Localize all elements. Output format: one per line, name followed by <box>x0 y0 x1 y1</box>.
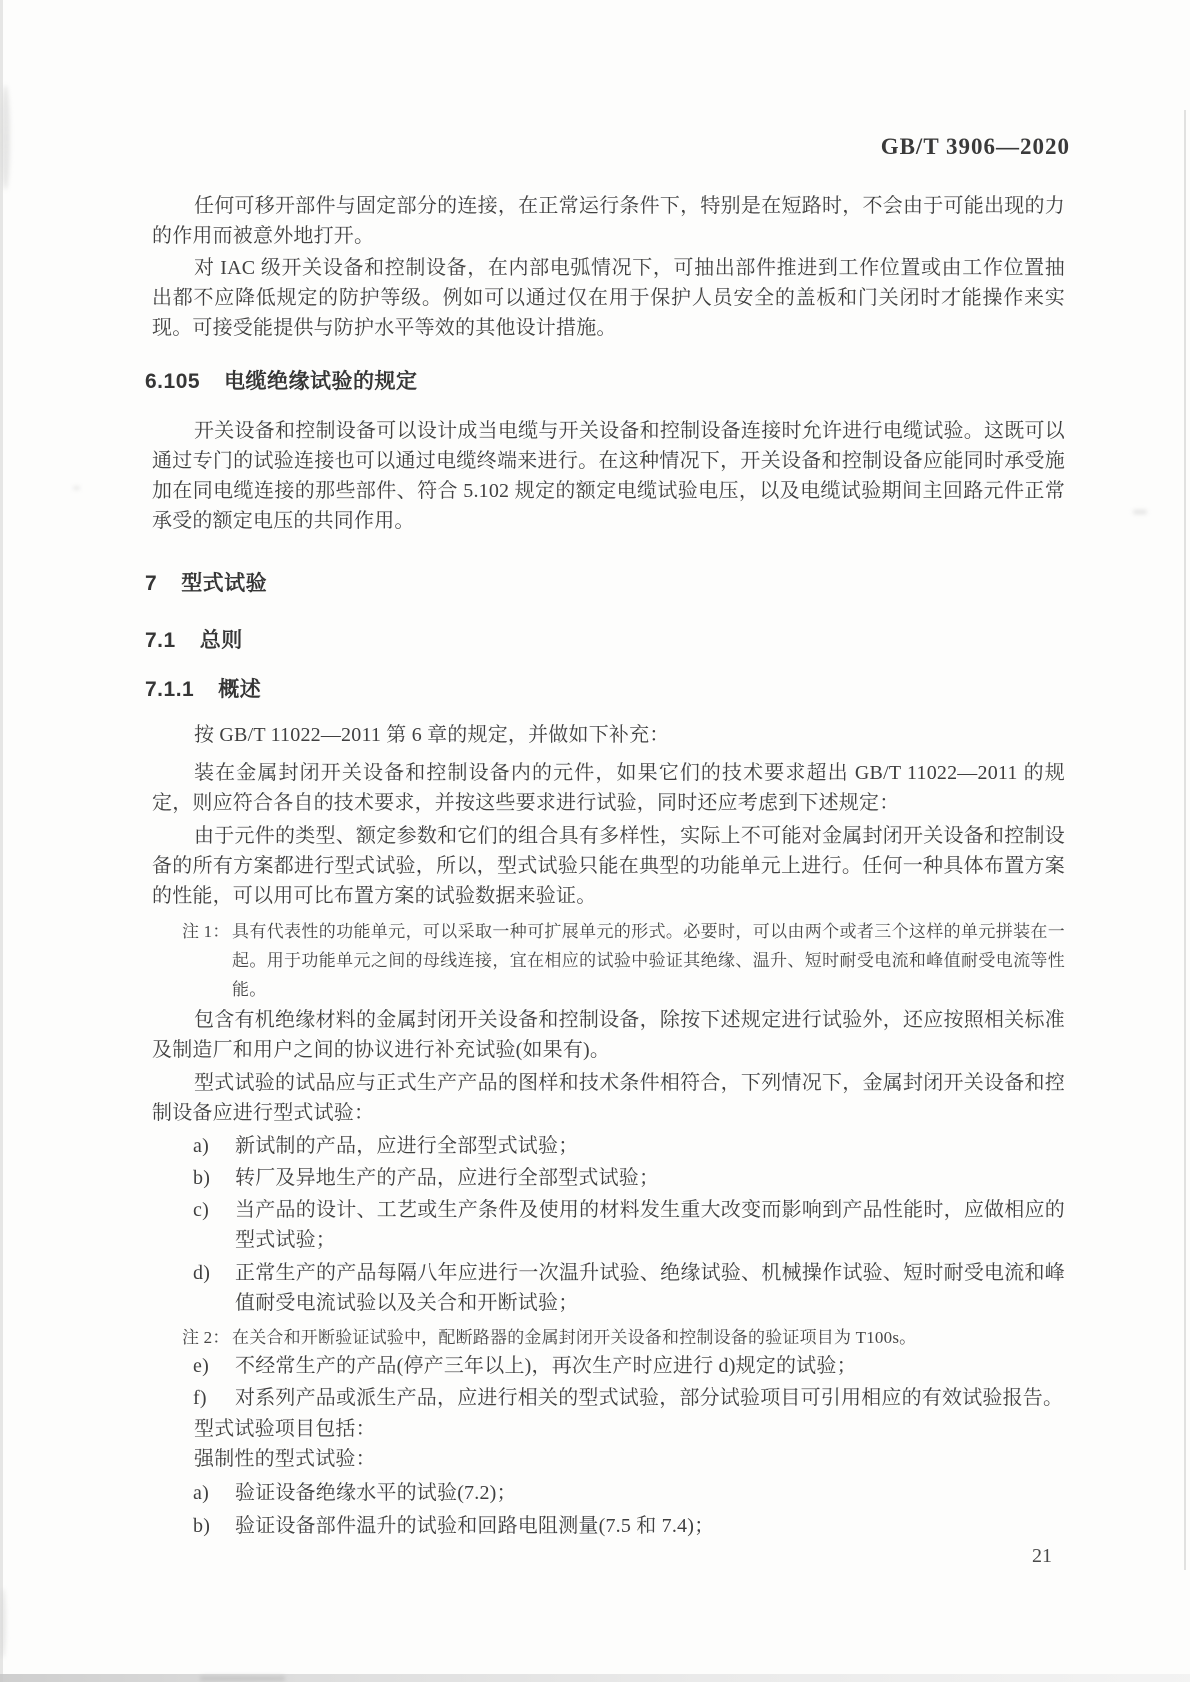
scan-smudge <box>200 1676 285 1681</box>
list-marker: f) <box>193 1383 235 1413</box>
scan-smudge <box>1 85 10 190</box>
clause-heading-7-1: 7.1 总则 <box>145 627 243 655</box>
list-text: 当产品的设计、工艺或生产条件及使用的材料发生重大改变而影响到产品性能时，应做相应… <box>235 1195 1065 1255</box>
paragraph: 对 IAC 级开关设备和控制设备，在内部电弧情况下，可抽出部件推进到工作位置或由… <box>152 253 1065 343</box>
paragraph: 型式试验的试品应与正式生产产品的图样和技术条件相符合，下列情况下，金属封闭开关设… <box>152 1068 1065 1128</box>
list-text: 不经常生产的产品(停产三年以上)，再次生产时应进行 d)规定的试验； <box>235 1351 1065 1381</box>
list-marker: d) <box>193 1258 235 1318</box>
heading-number: 7 <box>145 570 157 598</box>
list-text: 新试制的产品，应进行全部型式试验； <box>235 1131 1065 1161</box>
note-2: 注 2： 在关合和开断验证试验中，配断路器的金属封闭开关设备和控制设备的验证项目… <box>182 1323 1065 1352</box>
page-number: 21 <box>1032 1542 1052 1570</box>
note-label: 注 2： <box>182 1323 232 1352</box>
list-text: 对系列产品或派生产品，应进行相关的型式试验，部分试验项目可引用相应的有效试验报告… <box>235 1383 1065 1413</box>
list-marker: a) <box>193 1131 235 1161</box>
note-1: 注 1： 具有代表性的功能单元，可以采取一种可扩展单元的形式。必要时，可以由两个… <box>182 917 1065 1004</box>
list-item-e: e) 不经常生产的产品(停产三年以上)，再次生产时应进行 d)规定的试验； <box>193 1351 1065 1381</box>
scan-edge-bottom <box>0 1674 1190 1682</box>
list-marker: b) <box>193 1511 235 1541</box>
scan-smudge <box>0 1588 6 1658</box>
scan-edge-right <box>1184 110 1186 1570</box>
paragraph: 任何可移开部件与固定部分的连接，在正常运行条件下，特别是在短路时，不会由于可能出… <box>152 191 1065 251</box>
paragraph: 开关设备和控制设备可以设计成当电缆与开关设备和控制设备连接时允许进行电缆试验。这… <box>152 416 1065 536</box>
heading-title: 型式试验 <box>181 570 267 598</box>
note-text: 在关合和开断验证试验中，配断路器的金属封闭开关设备和控制设备的验证项目为 T10… <box>232 1323 1065 1352</box>
list-item-f: f) 对系列产品或派生产品，应进行相关的型式试验，部分试验项目可引用相应的有效试… <box>193 1383 1065 1413</box>
list-text: 正常生产的产品每隔八年应进行一次温升试验、绝缘试验、机械操作试验、短时耐受电流和… <box>235 1258 1065 1318</box>
list-item-a: a) 新试制的产品，应进行全部型式试验； <box>193 1131 1065 1161</box>
standard-code-header: GB/T 3906—2020 <box>881 133 1070 161</box>
scan-smudge <box>73 486 80 490</box>
paragraph: 按 GB/T 11022—2011 第 6 章的规定，并做如下补充： <box>152 720 1065 750</box>
heading-number: 7.1 <box>145 627 176 655</box>
note-text: 具有代表性的功能单元，可以采取一种可扩展单元的形式。必要时，可以由两个或者三个这… <box>232 917 1065 1004</box>
scan-edge-left <box>0 0 3 1682</box>
list-item-a2: a) 验证设备绝缘水平的试验(7.2)； <box>193 1478 1065 1508</box>
list-text: 验证设备部件温升的试验和回路电阻测量(7.5 和 7.4)； <box>235 1511 1065 1541</box>
list-text: 验证设备绝缘水平的试验(7.2)； <box>235 1478 1065 1508</box>
list-marker: e) <box>193 1351 235 1381</box>
list-marker: a) <box>193 1478 235 1508</box>
list-item-c: c) 当产品的设计、工艺或生产条件及使用的材料发生重大改变而影响到产品性能时，应… <box>193 1195 1065 1255</box>
list-item-d: d) 正常生产的产品每隔八年应进行一次温升试验、绝缘试验、机械操作试验、短时耐受… <box>193 1258 1065 1318</box>
list-marker: c) <box>193 1195 235 1255</box>
paragraph: 型式试验项目包括： <box>152 1414 1065 1444</box>
heading-title: 电缆绝缘试验的规定 <box>224 368 418 396</box>
paragraph: 包含有机绝缘材料的金属封闭开关设备和控制设备，除按下述规定进行试验外，还应按照相… <box>152 1005 1065 1065</box>
clause-heading-7: 7 型式试验 <box>145 570 267 598</box>
heading-number: 7.1.1 <box>145 676 194 704</box>
list-marker: b) <box>193 1163 235 1193</box>
paragraph: 装在金属封闭开关设备和控制设备内的元件，如果它们的技术要求超出 GB/T 110… <box>152 758 1065 818</box>
clause-heading-7-1-1: 7.1.1 概述 <box>145 676 261 704</box>
list-item-b2: b) 验证设备部件温升的试验和回路电阻测量(7.5 和 7.4)； <box>193 1511 1065 1541</box>
list-item-b: b) 转厂及异地生产的产品，应进行全部型式试验； <box>193 1163 1065 1193</box>
paragraph: 强制性的型式试验： <box>152 1444 1065 1474</box>
heading-title: 概述 <box>218 676 261 704</box>
paragraph: 由于元件的类型、额定参数和它们的组合具有多样性，实际上不可能对金属封闭开关设备和… <box>152 821 1065 911</box>
note-label: 注 1： <box>182 917 232 1004</box>
heading-number: 6.105 <box>145 368 200 396</box>
scanned-document-page: GB/T 3906—2020 任何可移开部件与固定部分的连接，在正常运行条件下，… <box>0 0 1190 1682</box>
scan-smudge <box>1133 510 1147 514</box>
section-heading-6-105: 6.105 电缆绝缘试验的规定 <box>145 368 418 396</box>
heading-title: 总则 <box>200 627 243 655</box>
list-text: 转厂及异地生产的产品，应进行全部型式试验； <box>235 1163 1065 1193</box>
